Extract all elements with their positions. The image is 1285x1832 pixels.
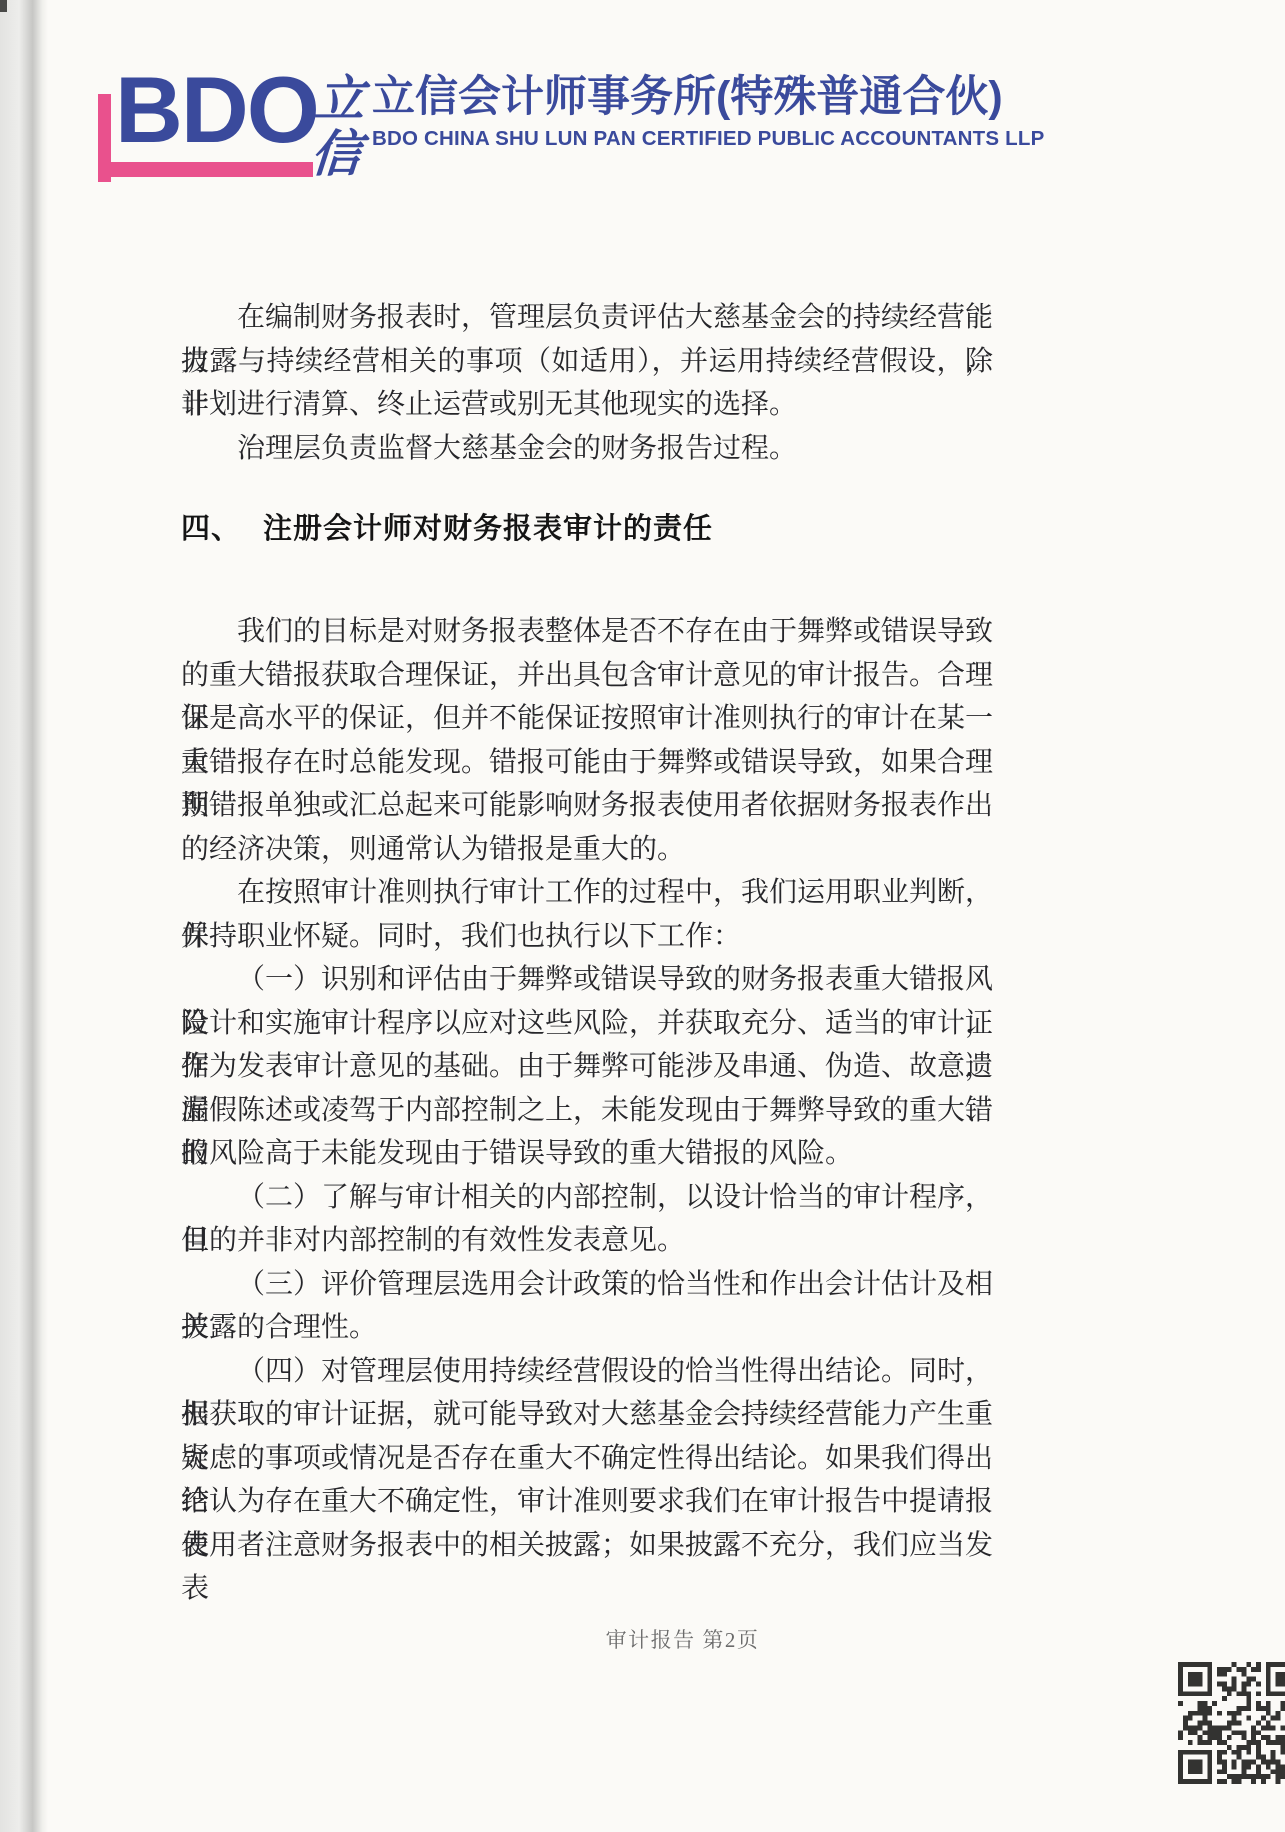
lixin-char-top: 立 <box>313 72 367 127</box>
paragraph-item-1: （一）识别和评估由于舞弊或错误导致的财务报表重大错报风险， 设计和实施审计程序以… <box>181 958 993 1176</box>
body-line: 我们的目标是对财务报表整体是否不存在由于舞弊或错误导致 <box>181 610 993 654</box>
body-line: 大错报存在时总能发现。错报可能由于舞弊或错误导致，如果合理预 <box>181 741 993 785</box>
bdo-logo-text: BDO <box>115 56 318 164</box>
body-line: 疑虑的事项或情况是否存在重大不确定性得出结论。如果我们得出结 <box>181 1437 993 1481</box>
letterhead: BDO 立 信 立信会计师事务所(特殊普通合伙) BDO CHINA SHU L… <box>95 70 1225 200</box>
section-number: 四、 <box>181 513 241 545</box>
section-heading: 四、注册会计师对财务报表审计的责任 <box>181 507 993 551</box>
lixin-char-bottom: 信 <box>309 127 363 182</box>
body-line: 证是高水平的保证，但并不能保证按照审计准则执行的审计在某一重 <box>181 697 993 741</box>
body-line: 论认为存在重大不确定性，审计准则要求我们在审计报告中提请报表 <box>181 1480 993 1524</box>
body-line: 披露与持续经营相关的事项（如适用），并运用持续经营假设，除非 <box>181 340 993 384</box>
scanned-audit-report-page: BDO 立 信 立信会计师事务所(特殊普通合伙) BDO CHINA SHU L… <box>0 0 1285 1832</box>
firm-titles: 立信会计师事务所(特殊普通合伙) BDO CHINA SHU LUN PAN C… <box>372 72 1052 151</box>
bdo-logo: BDO 立 信 <box>95 70 375 195</box>
paragraph-item-2: （二）了解与审计相关的内部控制，以设计恰当的审计程序，但 目的并非对内部控制的有… <box>181 1176 993 1263</box>
body-line: （二）了解与审计相关的内部控制，以设计恰当的审计程序，但 <box>181 1176 993 1220</box>
bdo-logo-pink-bar-horizontal <box>103 162 313 177</box>
body-line: （四）对管理层使用持续经营假设的恰当性得出结论。同时，根 <box>181 1350 993 1394</box>
paragraph-item-3: （三）评价管理层选用会计政策的恰当性和作出会计估计及相关 披露的合理性。 <box>181 1263 993 1350</box>
body-line: 目的并非对内部控制的有效性发表意见。 <box>181 1219 993 1263</box>
body-line: 披露的合理性。 <box>181 1306 993 1350</box>
body-line: （一）识别和评估由于舞弊或错误导致的财务报表重大错报风险， <box>181 958 993 1002</box>
body-line: 在按照审计准则执行审计工作的过程中，我们运用职业判断，并 <box>181 871 993 915</box>
page-footer: 审计报告 第2页 <box>606 1624 760 1654</box>
paragraph-governance: 治理层负责监督大慈基金会的财务报告过程。 <box>181 427 993 471</box>
paragraph-item-4: （四）对管理层使用持续经营假设的恰当性得出结论。同时，根 据获取的审计证据，就可… <box>181 1350 993 1568</box>
qr-code <box>1178 1662 1285 1784</box>
paper-left-edge-shadow <box>0 0 48 1832</box>
paragraph-going-concern: 在编制财务报表时，管理层负责评估大慈基金会的持续经营能力， 披露与持续经营相关的… <box>181 296 993 427</box>
body-line: 的风险高于未能发现由于错误导致的重大错报的风险。 <box>181 1132 993 1176</box>
firm-title-chinese: 立信会计师事务所(特殊普通合伙) <box>372 72 1052 122</box>
body-line: 的经济决策，则通常认为错报是重大的。 <box>181 828 993 872</box>
body-line: 计划进行清算、终止运营或别无其他现实的选择。 <box>181 383 993 427</box>
body-line: 作为发表审计意见的基础。由于舞弊可能涉及串通、伪造、故意遗漏、 <box>181 1045 993 1089</box>
document-body: 在编制财务报表时，管理层负责评估大慈基金会的持续经营能力， 披露与持续经营相关的… <box>181 296 993 1567</box>
paragraph-auditor-objective: 我们的目标是对财务报表整体是否不存在由于舞弊或错误导致 的重大错报获取合理保证，… <box>181 610 993 871</box>
body-line: 治理层负责监督大慈基金会的财务报告过程。 <box>181 427 993 471</box>
bdo-logo-lixin-calligraphy: 立 信 <box>309 72 367 182</box>
body-line: 据获取的审计证据，就可能导致对大慈基金会持续经营能力产生重大 <box>181 1393 993 1437</box>
firm-title-english: BDO CHINA SHU LUN PAN CERTIFIED PUBLIC A… <box>372 127 1052 151</box>
body-line: 期错报单独或汇总起来可能影响财务报表使用者依据财务报表作出 <box>181 784 993 828</box>
body-line: 设计和实施审计程序以应对这些风险，并获取充分、适当的审计证据， <box>181 1002 993 1046</box>
body-line: 在编制财务报表时，管理层负责评估大慈基金会的持续经营能力， <box>181 296 993 340</box>
paragraph-professional-judgment: 在按照审计准则执行审计工作的过程中，我们运用职业判断，并 保持职业怀疑。同时，我… <box>181 871 993 958</box>
body-line: 使用者注意财务报表中的相关披露；如果披露不充分，我们应当发表 <box>181 1524 993 1568</box>
scan-corner-artifact <box>0 0 7 12</box>
section-title: 注册会计师对财务报表审计的责任 <box>263 513 713 545</box>
body-line: （三）评价管理层选用会计政策的恰当性和作出会计估计及相关 <box>181 1263 993 1307</box>
body-line: 的重大错报获取合理保证，并出具包含审计意见的审计报告。合理保 <box>181 654 993 698</box>
body-line: 保持职业怀疑。同时，我们也执行以下工作： <box>181 915 993 959</box>
body-line: 虚假陈述或凌驾于内部控制之上，未能发现由于舞弊导致的重大错报 <box>181 1089 993 1133</box>
